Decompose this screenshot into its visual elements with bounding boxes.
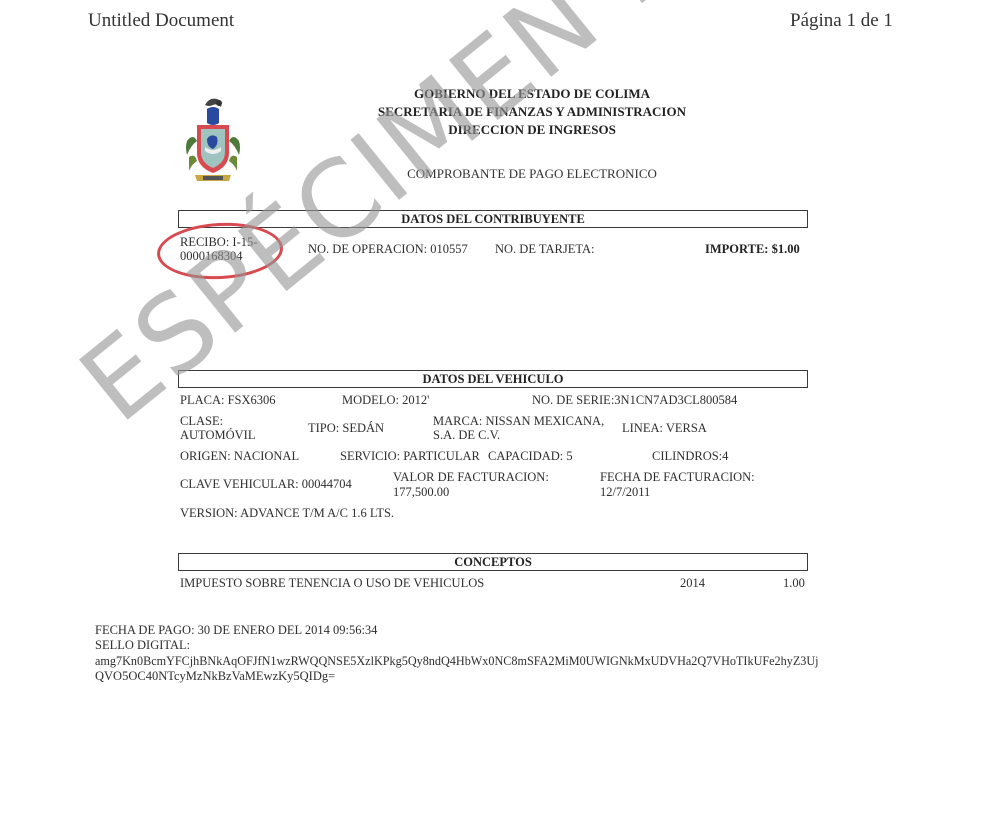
colima-coat-of-arms-icon bbox=[183, 95, 243, 187]
valor-facturacion-value: 177,500.00 bbox=[393, 485, 449, 499]
clase-label: CLASE: bbox=[180, 414, 223, 428]
marca-line-2: S.A. DE C.V. bbox=[433, 428, 500, 442]
page-indicator: Página 1 de 1 bbox=[790, 10, 893, 32]
linea: LINEA: VERSA bbox=[622, 421, 707, 435]
modelo: MODELO: 2012' bbox=[342, 393, 429, 407]
section-header-conceptos: CONCEPTOS bbox=[178, 553, 808, 571]
importe: IMPORTE: $1.00 bbox=[705, 242, 800, 256]
concepto-amount: 1.00 bbox=[783, 576, 805, 590]
cilindros: CILINDROS:4 bbox=[652, 449, 728, 463]
no-tarjeta: NO. DE TARJETA: bbox=[495, 242, 595, 256]
letterhead-line-1: GOBIERNO DEL ESTADO DE COLIMA bbox=[332, 86, 732, 102]
origen: ORIGEN: NACIONAL bbox=[180, 449, 299, 463]
fecha-facturacion-label: FECHA DE FACTURACION: bbox=[600, 470, 755, 484]
recibo-highlight-circle bbox=[156, 220, 285, 283]
tipo: TIPO: SEDÁN bbox=[308, 421, 384, 435]
clase-value: AUTOMÓVIL bbox=[180, 428, 255, 442]
clave-vehicular: CLAVE VEHICULAR: 00044704 bbox=[180, 477, 352, 491]
placa: PLACA: FSX6306 bbox=[180, 393, 276, 407]
letterhead-line-3: DIRECCION DE INGRESOS bbox=[332, 122, 732, 138]
no-serie: NO. DE SERIE:3N1CN7AD3CL800584 bbox=[532, 393, 737, 407]
sello-digital-line-2: QVO5OC40NTcyMzNkBzVaMEwzKy5QIDg= bbox=[95, 669, 335, 683]
document-title: Untitled Document bbox=[88, 10, 234, 32]
fecha-pago: FECHA DE PAGO: 30 DE ENERO DEL 2014 09:5… bbox=[95, 623, 377, 637]
version: VERSION: ADVANCE T/M A/C 1.6 LTS. bbox=[180, 506, 394, 520]
no-operacion: NO. DE OPERACION: 010557 bbox=[308, 242, 468, 256]
document-type: COMPROBANTE DE PAGO ELECTRONICO bbox=[332, 166, 732, 182]
sello-digital-line-1: amg7Kn0BcmYFCjhBNkAqOFJfN1wzRWQQNSE5XzlK… bbox=[95, 654, 819, 668]
letterhead-line-2: SECRETARIA DE FINANZAS Y ADMINISTRACION bbox=[332, 104, 732, 120]
valor-facturacion-label: VALOR DE FACTURACION: bbox=[393, 470, 549, 484]
section-header-vehiculo: DATOS DEL VEHICULO bbox=[178, 370, 808, 388]
capacidad: CAPACIDAD: 5 bbox=[488, 449, 573, 463]
concepto-year: 2014 bbox=[680, 576, 705, 590]
concepto-description: IMPUESTO SOBRE TENENCIA O USO DE VEHICUL… bbox=[180, 576, 484, 590]
servicio: SERVICIO: PARTICULAR bbox=[340, 449, 480, 463]
sello-digital-label: SELLO DIGITAL: bbox=[95, 638, 190, 652]
marca-line-1: MARCA: NISSAN MEXICANA, bbox=[433, 414, 604, 428]
section-header-contribuyente: DATOS DEL CONTRIBUYENTE bbox=[178, 210, 808, 228]
fecha-facturacion-value: 12/7/2011 bbox=[600, 485, 650, 499]
